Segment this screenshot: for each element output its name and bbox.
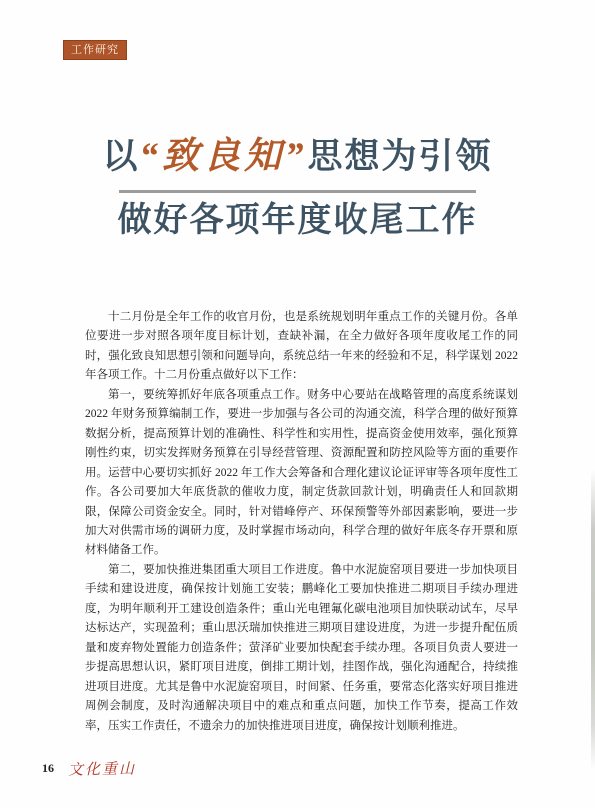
section-badge-label: 工作研究: [71, 44, 119, 56]
body-paragraph: 十二月份是全年工作的收官月份，也是系统规划明年重点工作的关键月份。各单位要进一步…: [85, 308, 518, 386]
article-body: 十二月份是全年工作的收官月份，也是系统规划明年重点工作的关键月份。各单位要进一步…: [85, 308, 518, 736]
body-paragraph: 第二，要加快推进集团重大项目工作进度。鲁中水泥旋窑项目要进一步加快项目手续和建设…: [85, 561, 518, 736]
title-suffix: 思想为引领: [308, 137, 493, 176]
article-title-line2: 做好各项年度收尾工作: [0, 200, 595, 243]
body-paragraph: 第一，要统筹抓好年底各项重点工作。财务中心要站在战略管理的高度系统谋划 2022…: [85, 386, 518, 561]
article-title-line1: 以“致良知”思想为引领: [0, 133, 595, 181]
page-number: 16: [42, 761, 54, 776]
title-calligraphy-quote: “致良知”: [140, 136, 308, 177]
journal-logo-calligraphy: 文化重山: [68, 757, 136, 779]
magazine-page: 工作研究 以“致良知”思想为引领 做好各项年度收尾工作 十二月份是全年工作的收官…: [0, 0, 595, 808]
page-footer: 16 文化重山: [42, 758, 136, 779]
article-title: 以“致良知”思想为引领 做好各项年度收尾工作: [0, 133, 595, 243]
title-prefix: 以: [102, 137, 139, 176]
section-badge: 工作研究: [63, 40, 127, 60]
scan-edge-artifact: [591, 470, 595, 770]
title-divider: [119, 190, 476, 193]
